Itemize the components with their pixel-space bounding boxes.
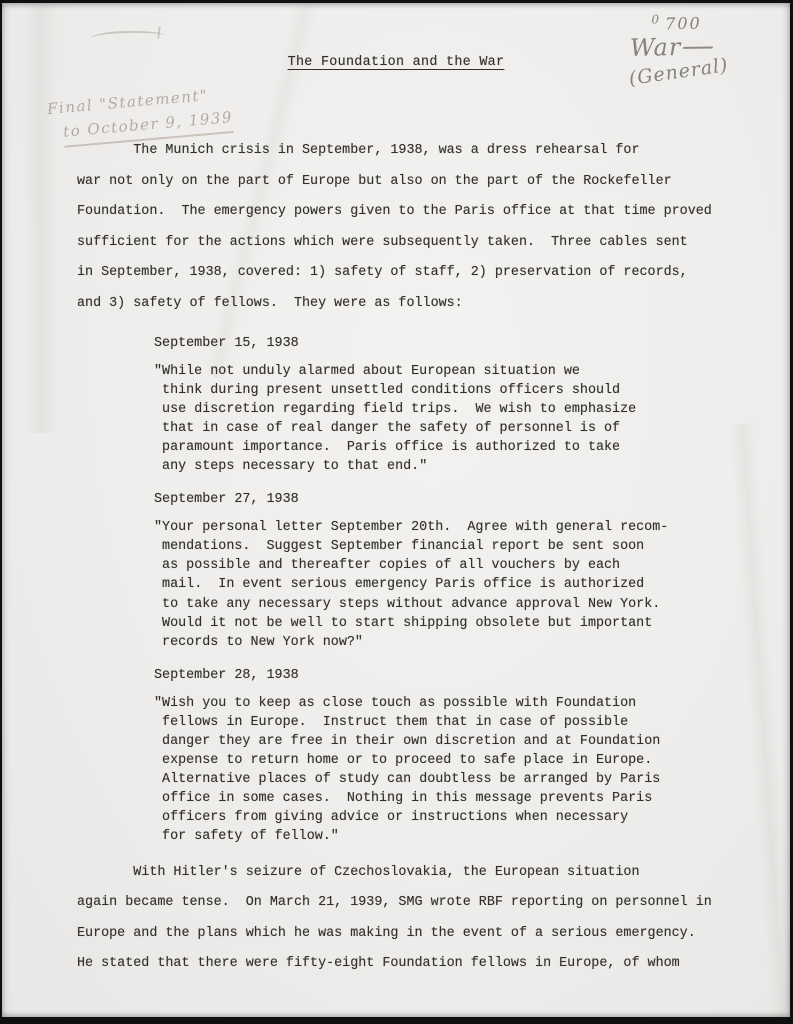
cable-date: September 28, 1938 — [154, 666, 755, 685]
closing-paragraph: With Hitler's seizure of Czechoslovakia,… — [77, 858, 755, 980]
opening-paragraph: The Munich crisis in September, 1938, wa… — [77, 136, 755, 320]
cable-quote: "While not unduly alarmed about European… — [154, 362, 755, 477]
cable-entry: September 27, 1938 "Your personal letter… — [77, 490, 755, 652]
cable-entry: September 28, 1938 "Wish you to keep as … — [77, 666, 755, 847]
cable-quote: "Wish you to keep as close touch as poss… — [154, 694, 755, 847]
annotation-catalog-number: 0700 — [629, 8, 730, 35]
paper-sheet: 0700 War (General) Final "Statement" to … — [2, 3, 790, 1017]
annotation-catalog-digits: 700 — [665, 14, 702, 34]
cable-date: September 15, 1938 — [154, 334, 755, 353]
cable-quote: "Your personal letter September 20th. Ag… — [154, 518, 755, 652]
cable-entry: September 15, 1938 "While not unduly ala… — [77, 334, 755, 477]
pencil-scribble-mark — [90, 30, 164, 43]
document-title: The Foundation and the War — [77, 55, 715, 70]
scanned-page: 0700 War (General) Final "Statement" to … — [0, 0, 793, 1024]
document-body: The Foundation and the War The Munich cr… — [2, 55, 790, 980]
annotation-catalog-prefix: 0 — [651, 12, 659, 26]
cable-date: September 27, 1938 — [154, 490, 755, 509]
